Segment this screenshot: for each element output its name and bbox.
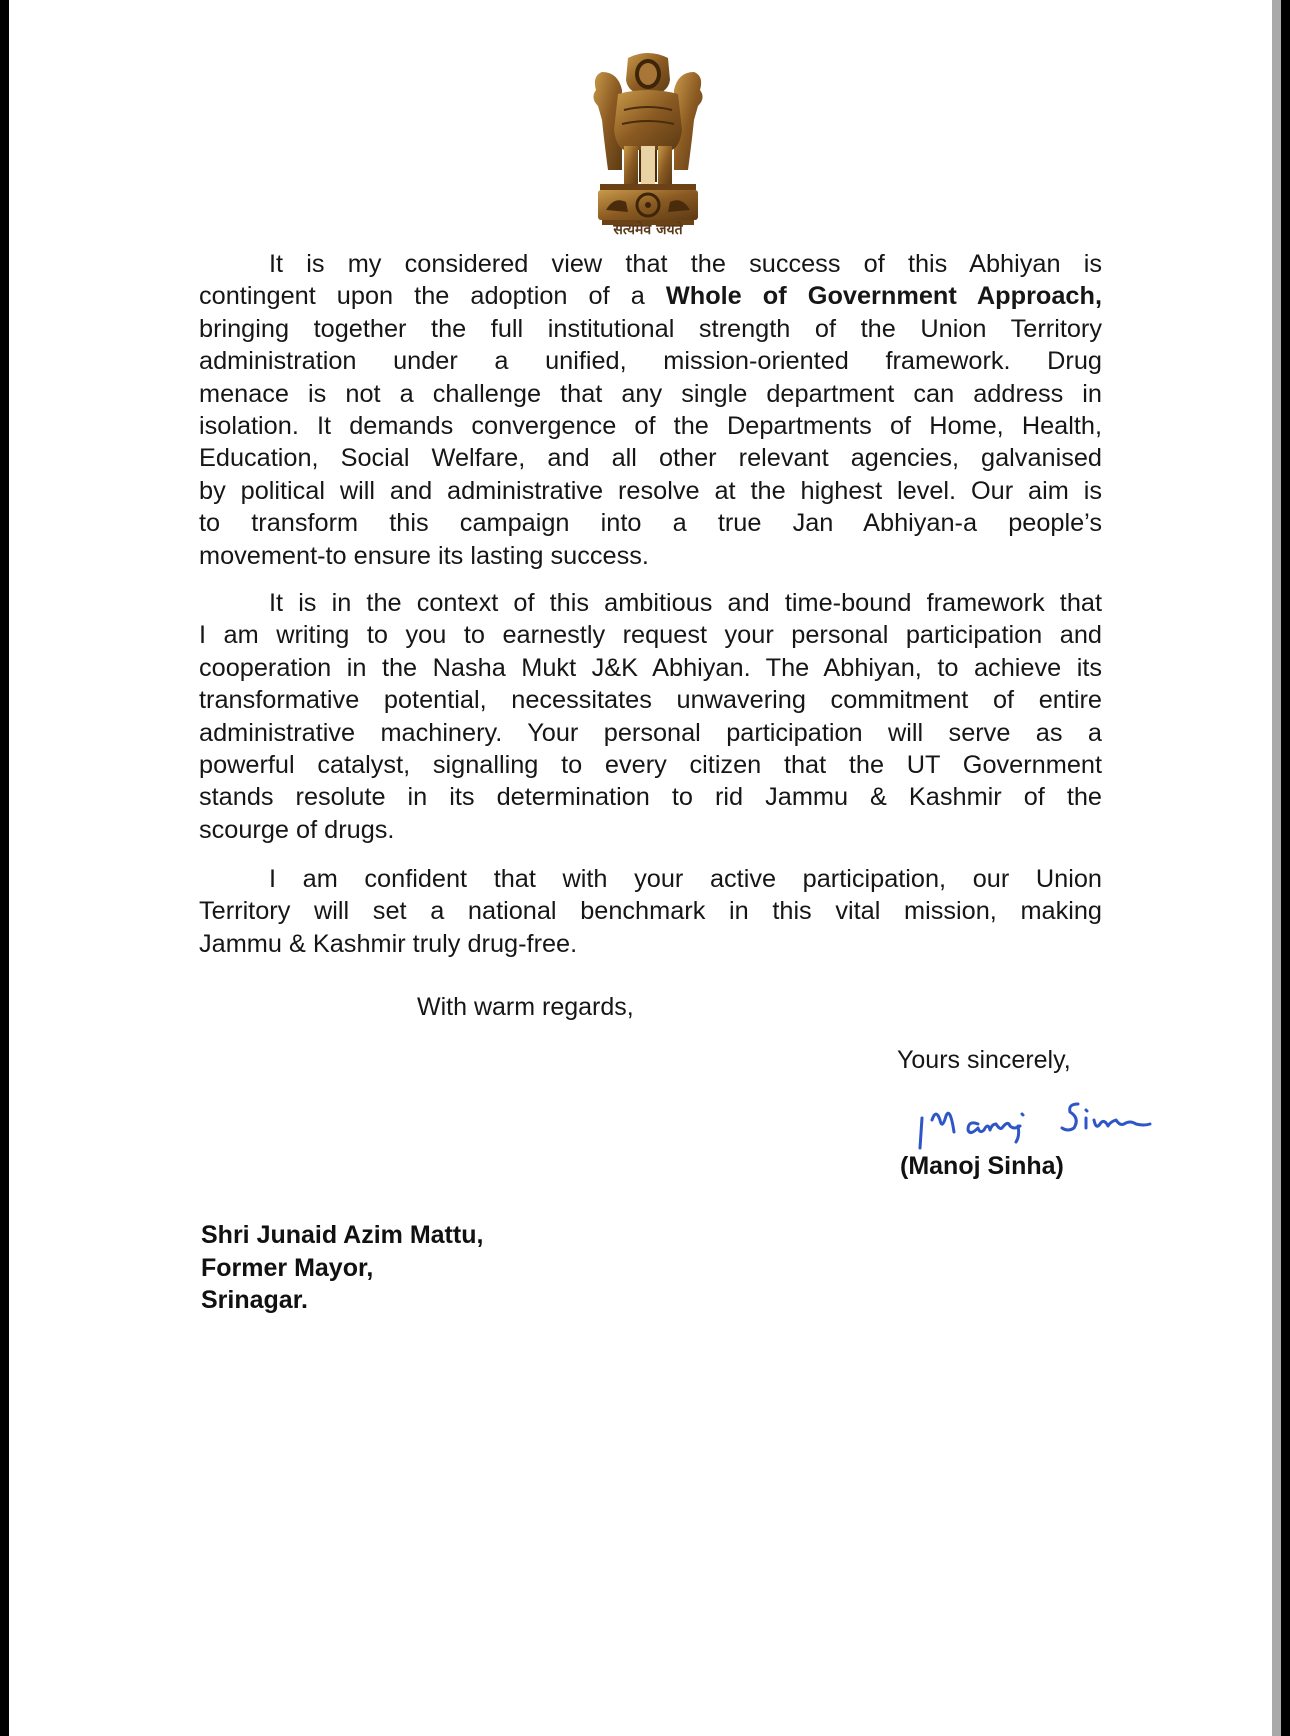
signatory-name: (Manoj Sinha) [900, 1152, 1064, 1181]
scan-edge-right-shadow [1272, 0, 1281, 1736]
emblem-motto: सत्यमेव जयते [586, 220, 710, 239]
paragraph-line: contingent upon the adoption of a Whole … [199, 280, 1102, 312]
addressee-block: Shri Junaid Azim Mattu, Former Mayor, Sr… [201, 1219, 483, 1317]
paragraph-line: I am writing to you to earnestly request… [199, 619, 1102, 651]
paragraph-line: Education, Social Welfare, and all other… [199, 442, 1102, 474]
paragraph-line: Territory will set a national benchmark … [199, 895, 1102, 927]
paragraph-line: administrative machinery. Your personal … [199, 717, 1102, 749]
paragraph-line: by political will and administrative res… [199, 475, 1102, 507]
closing-regards: With warm regards, [417, 993, 634, 1022]
scan-edge-left [0, 0, 9, 1736]
paragraph-line: isolation. It demands convergence of the… [199, 410, 1102, 442]
addressee-city: Srinagar. [201, 1284, 483, 1317]
paragraph-line: It is in the context of this ambitious a… [199, 587, 1102, 619]
paragraph-line: I am confident that with your active par… [199, 863, 1102, 895]
scan-edge-right [1281, 0, 1290, 1736]
body-paragraph-1: It is my considered view that the succes… [199, 248, 1102, 572]
paragraph-line: It is my considered view that the succes… [199, 248, 1102, 280]
addressee-name: Shri Junaid Azim Mattu, [201, 1219, 483, 1252]
paragraph-line: cooperation in the Nasha Mukt J&K Abhiya… [199, 652, 1102, 684]
paragraph-line: menace is not a challenge that any singl… [199, 378, 1102, 410]
paragraph-line: bringing together the full institutional… [199, 313, 1102, 345]
paragraph-line: Jammu & Kashmir truly drug-free. [199, 928, 1102, 960]
addressee-designation: Former Mayor, [201, 1252, 483, 1285]
handwritten-signature-icon [910, 1090, 1175, 1160]
paragraph-line: stands resolute in its determination to … [199, 781, 1102, 813]
paragraph-line: movement-to ensure its lasting success. [199, 540, 1102, 572]
closing-sincerely: Yours sincerely, [897, 1046, 1071, 1075]
body-paragraph-3: I am confident that with your active par… [199, 863, 1102, 960]
paragraph-line: transformative potential, necessitates u… [199, 684, 1102, 716]
paragraph-line: to transform this campaign into a true J… [199, 507, 1102, 539]
paragraph-line: powerful catalyst, signalling to every c… [199, 749, 1102, 781]
national-emblem-icon [588, 50, 708, 240]
paragraph-line: administration under a unified, mission-… [199, 345, 1102, 377]
body-paragraph-2: It is in the context of this ambitious a… [199, 587, 1102, 846]
paragraph-line: scourge of drugs. [199, 814, 1102, 846]
